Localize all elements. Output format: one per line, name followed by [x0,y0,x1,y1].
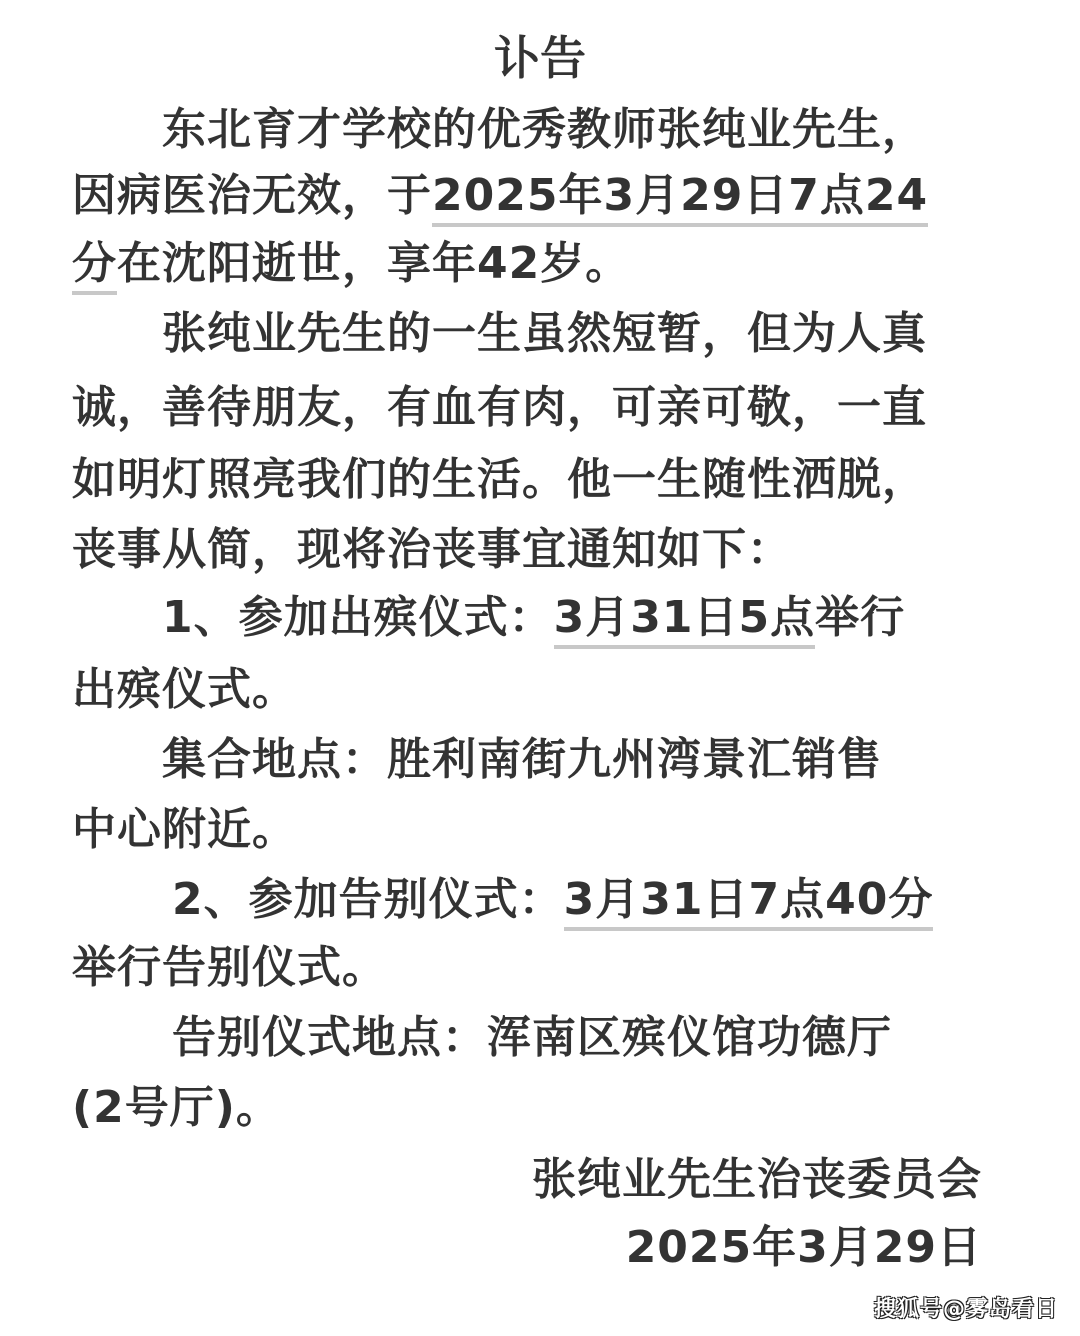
obituary-document: 讣告 东北育才学校的优秀教师张纯业先生， 因病医治无效，于2025年3月29日7… [0,0,1080,1336]
item2-line2: 举行告别仪式。 [72,940,387,996]
item1-time: 3月31日5点 [554,592,815,649]
paragraph1-line1: 东北育才学校的优秀教师张纯业先生， [162,102,927,158]
death-datetime-tail: 分 [72,238,117,295]
item1-suffix: 举行 [815,592,905,643]
paragraph2-line4: 丧事从简，现将治丧事宜通知如下： [72,522,792,578]
signature-committee: 张纯业先生治丧委员会 [532,1152,982,1208]
item1-line1: 1、参加出殡仪式：3月31日5点举行 [162,590,905,646]
paragraph2-line3: 如明灯照亮我们的生活。他一生随性洒脱， [72,452,927,508]
item1-prefix: 1、参加出殡仪式： [162,592,554,643]
paragraph1-line2: 因病医治无效，于2025年3月29日7点24 [72,168,928,224]
farewell-location-line1: 告别仪式地点：浑南区殡仪馆功德厅 [172,1010,892,1066]
watermark: 搜狐号@雾岛看日 [874,1296,1058,1324]
item2-prefix: 2、参加告别仪式： [172,874,564,925]
item2-line1: 2、参加告别仪式：3月31日7点40分 [172,872,933,928]
gathering-line2: 中心附近。 [72,802,297,858]
paragraph1-line3: 分在沈阳逝世，享年42岁。 [72,236,630,292]
item1-line2: 出殡仪式。 [72,662,297,718]
paragraph2-line2: 诚，善待朋友，有血有肉，可亲可敬，一直 [72,380,927,436]
death-datetime: 2025年3月29日7点24 [432,170,928,227]
paragraph2-line1: 张纯业先生的一生虽然短暂，但为人真 [162,306,927,362]
item2-time: 3月31日7点40分 [564,874,934,931]
gathering-line1: 集合地点：胜利南街九州湾景汇销售 [162,732,882,788]
signature-date: 2025年3月29日 [626,1220,982,1276]
paragraph1-line3-rest: 在沈阳逝世，享年42岁。 [117,238,630,289]
paragraph1-line2-prefix: 因病医治无效，于 [72,170,432,221]
farewell-location-line2: (2号厅)。 [72,1080,281,1136]
document-title: 讣告 [0,28,1080,88]
